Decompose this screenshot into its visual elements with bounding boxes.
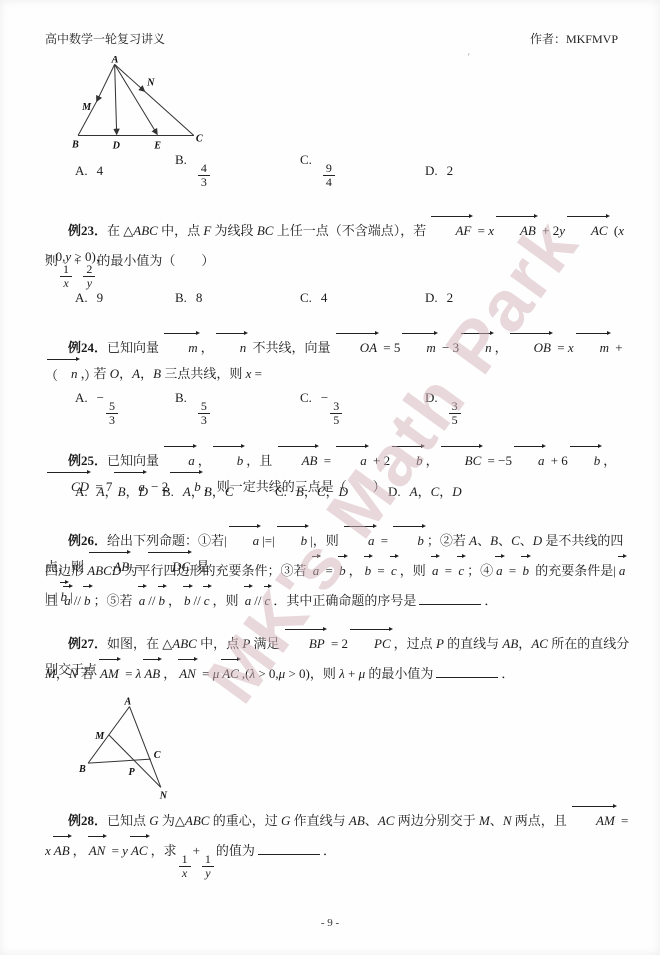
q24-options: A.−53 B.53 C.−35 D.35 bbox=[75, 390, 640, 428]
q25-option-d: D.A，C，D bbox=[388, 481, 640, 500]
q26-line3: 且 a//b；⑤若 a//b，b//c，则 a//c．其中正确命题的序号是． bbox=[45, 588, 632, 614]
document-page: 高中数学一轮复习讲义 作者：MKFMVP ' A B C D E M N A.4… bbox=[0, 0, 660, 955]
label-a: A bbox=[111, 56, 119, 65]
q23-option-a: A.9 bbox=[75, 290, 175, 306]
side-ab-upper bbox=[97, 64, 115, 101]
q25-option-a: A.A，B，D bbox=[75, 481, 162, 500]
page-number: - 9 - bbox=[0, 917, 660, 929]
q22-option-c: C.94 bbox=[300, 152, 425, 190]
label-d: D bbox=[112, 141, 121, 152]
label-m: M bbox=[94, 731, 105, 742]
side-ac-upper bbox=[115, 64, 145, 91]
label-n: N bbox=[146, 78, 155, 89]
figure-triangle-abcde: A B C D E M N bbox=[72, 56, 204, 152]
cevian-ad bbox=[115, 64, 117, 134]
label-c: C bbox=[154, 750, 161, 761]
q27-line2: M，N 若 AM = λAB，AN = μAC,(λ > 0,μ > 0)，则 … bbox=[45, 661, 632, 687]
q23-options: A.9 B.8 C.4 D.2 bbox=[75, 290, 640, 306]
q24-option-d: D.35 bbox=[425, 390, 640, 428]
cevian-ae bbox=[115, 64, 158, 134]
q23-option-b: B.8 bbox=[175, 290, 300, 306]
q22-option-b: B.43 bbox=[175, 152, 300, 190]
q23-line2: 则1x+2y的最小值为（ ） bbox=[45, 248, 632, 291]
q24-line2: （ ） bbox=[45, 363, 632, 389]
side-bc bbox=[88, 759, 151, 763]
label-c: C bbox=[196, 134, 203, 145]
side-ac-lower bbox=[145, 91, 194, 135]
q22-option-a: A.4 bbox=[75, 163, 175, 179]
q24-option-a: A.−53 bbox=[75, 390, 175, 428]
q28-line2: xAB，AN = yAC，求1x+1y的值为． bbox=[45, 838, 632, 881]
q24-option-c: C.−35 bbox=[300, 390, 425, 428]
label-e: E bbox=[153, 141, 161, 152]
label-n: N bbox=[159, 790, 168, 800]
label-b: B bbox=[72, 140, 79, 151]
page-header: 高中数学一轮复习讲义 作者：MKFMVP bbox=[45, 30, 618, 47]
label-m: M bbox=[81, 102, 92, 113]
q23-option-c: C.4 bbox=[300, 290, 425, 306]
stray-mark: ' bbox=[468, 52, 470, 62]
label-b: B bbox=[78, 764, 86, 775]
figure-triangle-mpn: A M B C P N bbox=[74, 696, 180, 800]
q24-option-b: B.53 bbox=[175, 390, 300, 428]
label-a: A bbox=[123, 697, 131, 708]
q25-option-c: C.B，C，D bbox=[275, 481, 388, 500]
label-p: P bbox=[129, 767, 136, 778]
doc-title: 高中数学一轮复习讲义 bbox=[45, 30, 165, 47]
q23-option-d: D.2 bbox=[425, 290, 640, 306]
doc-author: 作者：MKFMVP bbox=[530, 30, 618, 47]
q25-options: A.A，B，D B.A，B，C C.B，C，D D.A，C，D bbox=[75, 481, 640, 500]
q28-line1: 例28．已知点 G 为△ABC 的重心，过 G 作直线与 AB、AC 两边分别交… bbox=[45, 808, 632, 834]
q22-options: A.4 B.43 C.94 D.2 bbox=[75, 152, 640, 190]
q22-option-d: D.2 bbox=[425, 163, 640, 179]
q25-option-b: B.A，B，C bbox=[162, 481, 275, 500]
